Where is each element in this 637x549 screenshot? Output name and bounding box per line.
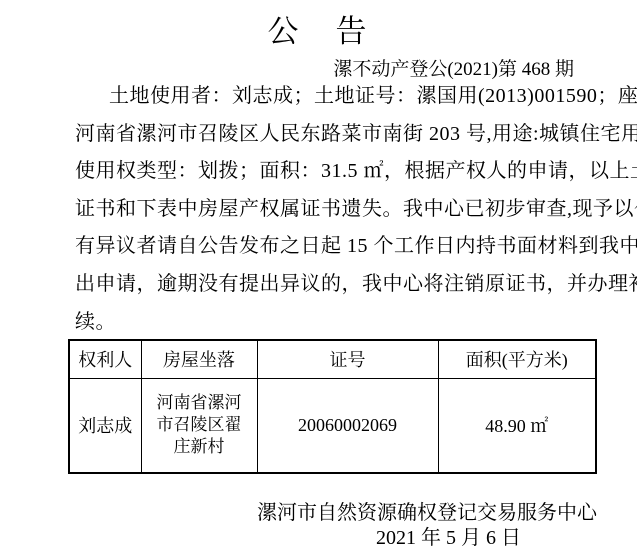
- table-header-row: 权利人 房屋坐落 证号 面积(平方米): [69, 340, 596, 378]
- body-line: 证书和下表中房屋产权属证书遗失。我中心已初步审查,现予以公告,: [75, 191, 585, 229]
- body-line: 续。: [75, 304, 585, 342]
- announcement-table: 权利人 房屋坐落 证号 面积(平方米) 刘志成 河南省漯河市召陵区翟庄新村 20…: [68, 339, 597, 474]
- body-line: 出申请，逾期没有提出异议的，我中心将注销原证书，并办理补发手: [75, 266, 585, 304]
- issue-number: 漯不动产登公(2021)第 468 期: [333, 54, 574, 81]
- body-line: 使用权类型：划拨；面积：31.5 ㎡，根据产权人的申请，以上土地: [75, 153, 585, 191]
- body-line: 河南省漯河市召陵区人民东路菜市南街 203 号,用途:城镇住宅用地，: [75, 116, 585, 154]
- table-header-owner: 权利人: [69, 340, 141, 378]
- table-header-area: 面积(平方米): [438, 340, 596, 378]
- table-header-cert-no: 证号: [257, 340, 438, 378]
- table-cell-location: 河南省漯河市召陵区翟庄新村: [141, 378, 257, 473]
- table-cell-owner: 刘志成: [69, 378, 141, 473]
- body-line: 有异议者请自公告发布之日起 15 个工作日内持书面材料到我中心提: [75, 228, 585, 266]
- table-row: 刘志成 河南省漯河市召陵区翟庄新村 20060002069 48.90 ㎡: [69, 378, 596, 473]
- footer-date: 2021 年 5 月 6 日: [376, 521, 521, 549]
- table-cell-cert-no: 20060002069: [257, 378, 438, 473]
- table-header-location: 房屋坐落: [141, 340, 257, 378]
- body-paragraph: 土地使用者：刘志成；土地证号：漯国用(2013)001590；座落： 河南省漯河…: [75, 78, 585, 341]
- announcement-document: 公 告 漯不动产登公(2021)第 468 期 土地使用者：刘志成；土地证号：漯…: [0, 0, 637, 549]
- body-line: 土地使用者：刘志成；土地证号：漯国用(2013)001590；座落：: [75, 78, 585, 116]
- page-title: 公 告: [0, 6, 637, 51]
- table-cell-area: 48.90 ㎡: [438, 378, 596, 473]
